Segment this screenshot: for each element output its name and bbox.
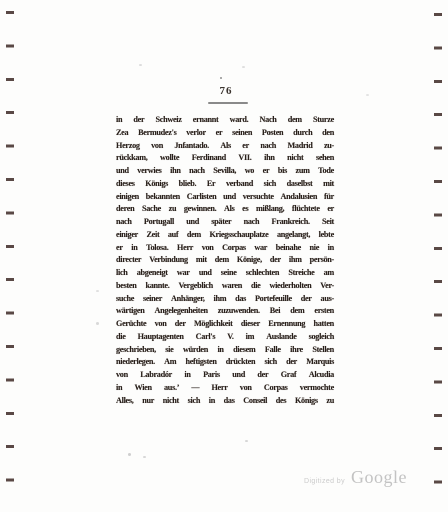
left-edge-scan-marks	[6, 11, 14, 497]
body-text: inderSchweizernanntward.NachdemSturzeZea…	[116, 115, 334, 408]
text-line: dieHauptagentenCarl'sV.imAuslandesogleic…	[116, 332, 334, 345]
text-line: nachPortugallundspäternachFrankreich.Sei…	[116, 217, 334, 230]
text-line: lichabgeneigtwarundseineschlechtenStreic…	[116, 268, 334, 281]
text-line: einigenbekanntenCarlistenundversuchteAnd…	[116, 192, 334, 205]
text-line: inWienaus.’—HerrvonCorpasvermochte	[116, 383, 334, 396]
scan-speck	[139, 64, 142, 66]
text-line: bestenkannte.Vergeblichwarendiewiederhol…	[116, 281, 334, 294]
text-line: inderSchweizernanntward.NachdemSturze	[116, 115, 334, 128]
digitized-by-label: Digitized by	[304, 478, 345, 485]
text-line: directerVerbindungmitdemKönige,derihmper…	[116, 255, 334, 268]
text-line: geschrieben,siewürdenindiesemFalleihreSt…	[116, 345, 334, 358]
scan-speck	[242, 66, 245, 68]
text-line: Alles,nurnichtsichindasConseildesKönigsz…	[116, 396, 334, 409]
header-rule	[208, 102, 248, 104]
scan-speck	[128, 453, 131, 456]
text-line: rückkam,wollteFerdinandVII.ihnnichtsehen	[116, 153, 334, 166]
text-line: sucheseinerAnhänger,ihmdasPortefeuillede…	[116, 294, 334, 307]
google-wordmark: Google	[351, 467, 407, 488]
text-line: niederlegen.AmheftigstendrücktensichderM…	[116, 357, 334, 370]
text-line: diesesKönigsblieb.Erverbandsichdaselbstm…	[116, 179, 334, 192]
page-number: 76	[0, 85, 448, 97]
text-line: vonLabradórinParisundderGrafAlcudia	[116, 370, 334, 383]
scan-speck	[245, 440, 248, 442]
text-line: undverwiesihnnachSevilla,woerbiszumTode	[116, 166, 334, 179]
text-line: wärtigenAngelegenheitenzuzuwenden.Beidem…	[116, 306, 334, 319]
scan-speck	[96, 322, 99, 325]
text-line: einigerZeitaufdemKriegsschauplatzeangela…	[116, 230, 334, 243]
watermark: Digitized by Google	[304, 467, 407, 488]
text-line: GerüchtevonderMöglichkeitdieserErnennung…	[116, 319, 334, 332]
text-line: erinTolosa.HerrvonCorpaswarbeinaheniein	[116, 243, 334, 256]
scan-speck	[143, 456, 146, 458]
text-line: HerzogvonJnfantado.AlsernachMadridzu-	[116, 141, 334, 154]
text-line: ZeaBermudez'sverlorerseinenPostendurchde…	[116, 128, 334, 141]
scanned-book-page: 76 inderSchweizernanntward.NachdemSturze…	[0, 0, 448, 512]
scan-speck	[220, 77, 222, 79]
text-line: derenSachezugewinnen.Alsesmißlang,flücht…	[116, 204, 334, 217]
scan-speck	[96, 290, 99, 292]
